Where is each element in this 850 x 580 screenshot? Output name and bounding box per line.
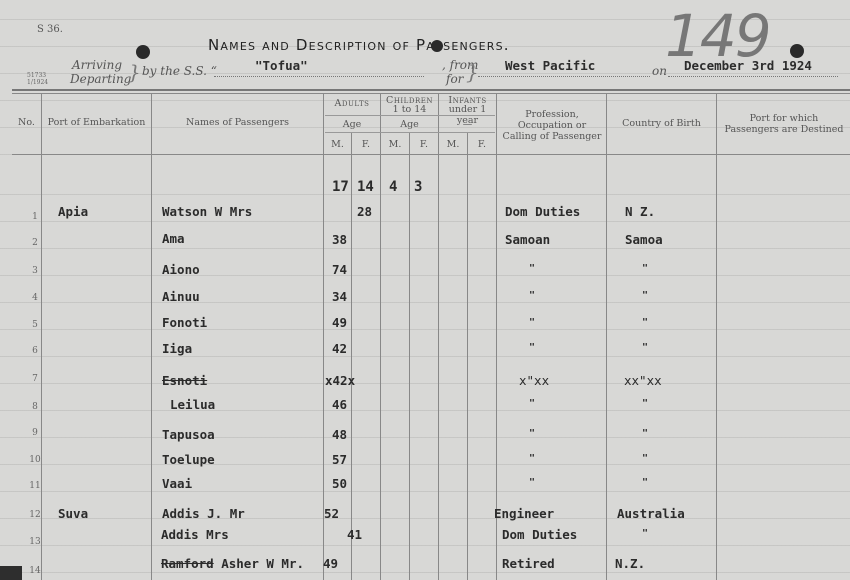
- adult-m-cell: 74: [332, 262, 347, 277]
- adult-m-cell: 50: [332, 476, 347, 491]
- row-number: 10: [20, 455, 50, 465]
- port-cell: Suva: [58, 506, 88, 521]
- profession-cell: x"xx: [519, 373, 549, 388]
- col-header-no: No.: [12, 117, 41, 128]
- country-cell: ": [642, 290, 648, 301]
- name-cell: Leilua: [170, 397, 215, 412]
- col-header-adults-m: M.: [324, 139, 351, 150]
- adult-f-cell: 28: [357, 204, 372, 219]
- col-header-children-m: M.: [381, 139, 409, 150]
- row-number: 5: [20, 320, 50, 330]
- name-cell: Watson W Mrs: [162, 204, 252, 219]
- on-label: on: [652, 64, 667, 78]
- profession-cell: ": [529, 342, 535, 353]
- name-cell: Ramford Asher W Mr.: [161, 556, 304, 571]
- subheader-rule: [325, 132, 495, 133]
- col-divider: [467, 133, 468, 580]
- col-header-children-range: 1 to 14: [381, 104, 438, 115]
- row-number: 14: [20, 566, 50, 576]
- col-header-port: Port of Embarkation: [42, 117, 151, 128]
- profession-cell: Engineer: [494, 506, 554, 521]
- profession-cell: ": [529, 317, 535, 328]
- adult-m-cell: 34: [332, 289, 347, 304]
- country-cell: Australia: [617, 506, 685, 521]
- profession-cell: ": [529, 477, 535, 488]
- col-header-infants-m: M.: [439, 139, 467, 150]
- form-code: S 36.: [37, 24, 63, 35]
- profession-cell: ": [529, 263, 535, 274]
- col-divider: [438, 93, 439, 580]
- from-value: West Pacific: [505, 58, 595, 73]
- col-header-infants-f: F.: [468, 139, 496, 150]
- profession-cell: Retired: [502, 556, 555, 571]
- name-remainder: Asher W Mr.: [214, 556, 304, 571]
- col-divider: [606, 93, 607, 580]
- total-children-m: 4: [389, 179, 397, 195]
- ship-name-line: [214, 76, 424, 77]
- country-cell: ": [642, 528, 648, 539]
- name-cell: Addis J. Mr: [162, 506, 245, 521]
- col-divider: [351, 133, 352, 580]
- arriving-label: Arriving: [72, 58, 122, 72]
- row-number: 3: [20, 266, 50, 276]
- col-header-country: Country of Birth: [607, 118, 716, 129]
- col-divider: [716, 93, 717, 580]
- country-cell: N.Z.: [615, 556, 645, 571]
- country-cell: xx"xx: [624, 373, 662, 388]
- adult-m-cell: 52: [324, 506, 339, 521]
- row-number: 13: [20, 537, 50, 547]
- brace: }: [466, 60, 479, 84]
- adult-m-cell: 46: [332, 397, 347, 412]
- adult-m-cell: 38: [332, 232, 347, 247]
- col-header-adults-age: Age: [324, 119, 380, 130]
- col-header-children-age: Age: [381, 119, 438, 130]
- country-cell: ": [642, 342, 648, 353]
- col-header-destination: Port for which Passengers are Destined: [722, 113, 846, 135]
- torn-corner: [0, 566, 22, 580]
- profession-cell: ": [529, 453, 535, 464]
- country-cell: Samoa: [625, 232, 663, 247]
- row-number: 8: [20, 402, 50, 412]
- col-divider: [151, 93, 152, 580]
- header-top-rule: [12, 89, 850, 91]
- row-number: 7: [20, 374, 50, 384]
- col-header-names: Names of Passengers: [152, 117, 323, 128]
- punch-hole: [790, 44, 804, 58]
- stamp-number: 517331/1924: [27, 72, 48, 86]
- col-divider: [380, 93, 381, 580]
- row-number: 11: [20, 481, 50, 491]
- total-adults-m: 17: [332, 179, 349, 195]
- name-cell: Fonoti: [162, 315, 207, 330]
- profession-cell: Dom Duties: [502, 527, 577, 542]
- country-cell: ": [642, 477, 648, 488]
- row-number: 1: [20, 212, 50, 222]
- adult-m-cell: 49: [332, 315, 347, 330]
- from-line: [478, 76, 650, 77]
- by-ss-label: by the S.S. “: [142, 64, 217, 78]
- brace: }: [128, 60, 141, 84]
- col-header-profession: Profession, Occupation or Calling of Pas…: [500, 109, 604, 142]
- page-title: Names and Description of Passengers.: [208, 36, 510, 54]
- adult-f-cell: 41: [347, 527, 362, 542]
- col-header-children-f: F.: [410, 139, 438, 150]
- row-number: 6: [20, 346, 50, 356]
- country-cell: ": [642, 317, 648, 328]
- punch-hole: [431, 40, 443, 52]
- date-line: [668, 76, 838, 77]
- profession-cell: ": [529, 290, 535, 301]
- adult-m-cell: x42x: [325, 373, 355, 388]
- port-cell: Apia: [58, 204, 88, 219]
- name-cell: Esnoti: [162, 373, 207, 388]
- adult-m-cell: 57: [332, 452, 347, 467]
- col-divider: [409, 133, 410, 580]
- name-cell: Addis Mrs: [161, 527, 229, 542]
- name-cell: Aiono: [162, 262, 200, 277]
- country-cell: ": [642, 428, 648, 439]
- passenger-manifest-page: S 36. Names and Description of Passenger…: [0, 0, 850, 580]
- row-number: 2: [20, 238, 50, 248]
- profession-cell: ": [529, 428, 535, 439]
- name-cell: Iiga: [162, 341, 192, 356]
- profession-cell: Samoan: [505, 232, 550, 247]
- punch-hole: [136, 45, 150, 59]
- ship-name: "Tofua": [255, 58, 308, 73]
- adult-m-cell: 48: [332, 427, 347, 442]
- country-cell: N Z.: [625, 204, 655, 219]
- name-cell: Ainuu: [162, 289, 200, 304]
- adult-m-cell: 42: [332, 341, 347, 356]
- profession-cell: ": [529, 398, 535, 409]
- col-header-adults-f: F.: [352, 139, 380, 150]
- name-cell: Toelupe: [162, 452, 215, 467]
- adult-m-cell: 49: [323, 556, 338, 571]
- for-label: for: [446, 72, 463, 86]
- header-top-rule-2: [12, 93, 850, 94]
- col-header-infants-sub: —: [439, 119, 496, 130]
- country-cell: ": [642, 453, 648, 464]
- departing-label: Departing: [70, 72, 131, 86]
- col-divider: [41, 93, 42, 580]
- country-cell: ": [642, 398, 648, 409]
- total-children-f: 3: [414, 179, 422, 195]
- name-cell: Tapusoa: [162, 427, 215, 442]
- header-bottom-rule: [12, 154, 850, 155]
- name-cell: Ama: [162, 231, 185, 246]
- country-cell: ": [642, 263, 648, 274]
- profession-cell: Dom Duties: [505, 204, 580, 219]
- row-number: 9: [20, 428, 50, 438]
- total-adults-f: 14: [357, 179, 374, 195]
- name-cell: Vaai: [162, 476, 192, 491]
- struck-surname: Ramford: [161, 556, 214, 571]
- row-number: 4: [20, 293, 50, 303]
- row-number: 12: [20, 510, 50, 520]
- date-value: December 3rd 1924: [684, 58, 812, 73]
- col-header-adults: Adults: [324, 98, 380, 109]
